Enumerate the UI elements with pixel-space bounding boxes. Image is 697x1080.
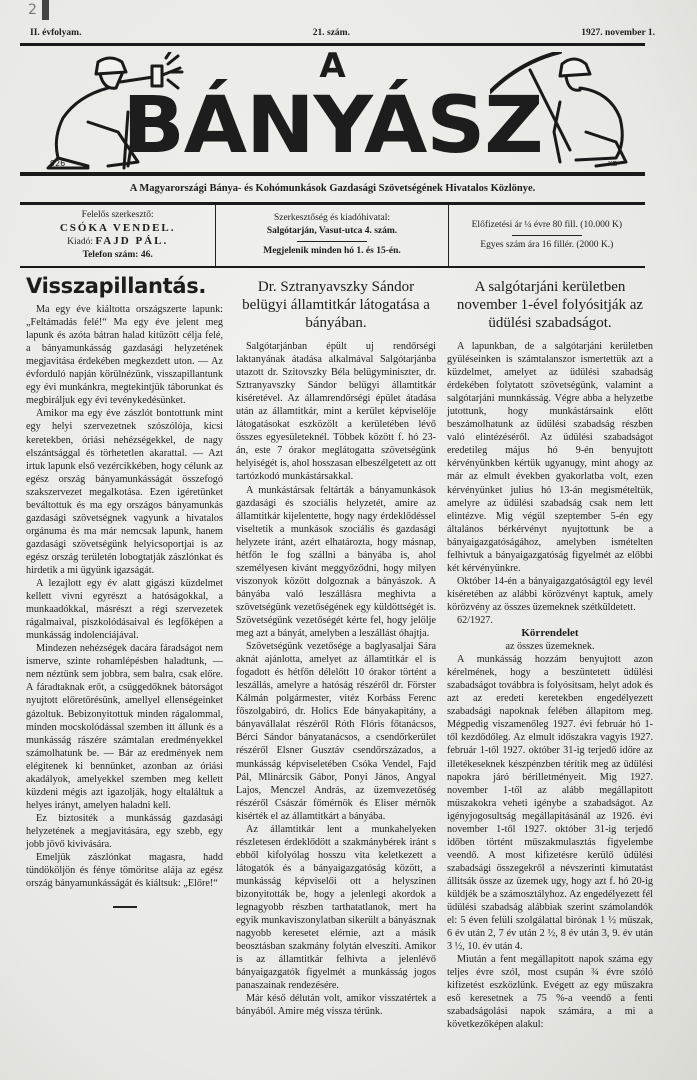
masthead-bottom-rule xyxy=(20,172,645,176)
article-title: Visszapillantás. xyxy=(26,280,223,293)
subscription-price: Előfizetési ár ¼ évre 80 fill. (10.000 K… xyxy=(472,219,622,232)
editor-label: Felelős szerkesztő: xyxy=(82,209,154,222)
publisher-label: Kiadó: xyxy=(67,237,93,247)
article-paragraph: Amikor ma egy éve zászlót bontottunk min… xyxy=(26,407,223,577)
article-paragraph: Szövetségünk vezetősége a baglyasaljai S… xyxy=(236,640,436,823)
publication-schedule: Megjelenik minden hó 1. és 15-én. xyxy=(263,245,400,258)
miner-with-pickaxe-illustration: KB xyxy=(490,52,640,172)
svg-text:KB: KB xyxy=(608,160,618,168)
office-info: Szerkesztőség és kiadóhivatal: Salgótarj… xyxy=(215,204,448,266)
publication-subtitle: A Magyarországi Bánya- és Kohómunkások G… xyxy=(20,183,645,194)
office-label: Szerkesztőség és kiadóhivatal: xyxy=(274,212,390,225)
article-paragraph: Már késő délután volt, amikor visszatért… xyxy=(236,992,436,1018)
publisher-name: FAJD PÁL. xyxy=(95,235,168,247)
corner-page-mark: 2 xyxy=(28,2,37,18)
newspaper-page: 2 II. évfolyam. 21. szám. 1927. november… xyxy=(0,0,697,1080)
editor-name: CSÓKA VENDEL. xyxy=(60,222,176,235)
article-paragraph: A lezajlott egy év alatt gigászi küzdelm… xyxy=(26,577,223,642)
article-retrospective: Visszapillantás. Ma egy éve kiáltotta or… xyxy=(26,278,223,908)
article-state-secretary-visit: Dr. Sztranyavszky Sándor belügyi államti… xyxy=(236,278,436,1018)
publisher-line: Kiadó: FAJD PÁL. xyxy=(67,235,168,249)
article-paragraph: Ma egy éve kiáltotta országszerte lapunk… xyxy=(26,303,223,407)
editor-info: Felelős szerkesztő: CSÓKA VENDEL. Kiadó:… xyxy=(20,204,215,266)
article-paragraph: Ez biztositék a munkásság gazdasági hely… xyxy=(26,812,223,851)
circular-paragraph: A munkásság hozzám benyujtott azon kérel… xyxy=(447,653,653,953)
article-paragraph: Salgótarjánban épült uj rendőrségi lakta… xyxy=(236,340,436,484)
article-end-rule xyxy=(113,906,137,908)
article-paragraph: Mindezen nehézségek dacára fáradságot ne… xyxy=(26,642,223,812)
infobox-bottom-rule xyxy=(20,266,645,268)
circular-paragraph: Miután a fent megállapitott napok száma … xyxy=(447,953,653,1031)
divider xyxy=(512,235,582,236)
article-paragraph: Az államtitkár lent a munkahelyeken rész… xyxy=(236,823,436,993)
article-paragraph: A munkástársak feltárták a bányamunkások… xyxy=(236,484,436,641)
price-info: Előfizetési ár ¼ évre 80 fill. (10.000 K… xyxy=(449,204,645,266)
masthead: 926 A BÁNYÁSZ KB xyxy=(20,44,645,174)
article-paragraph: Október 14-én a bányaigazgatóságtól egy … xyxy=(447,575,653,614)
divider xyxy=(297,241,367,242)
article-paragraph: A lapunkban, de a salgótarjáni kerületbe… xyxy=(447,340,653,575)
publication-info-box: Felelős szerkesztő: CSÓKA VENDEL. Kiadó:… xyxy=(20,204,645,266)
article-title: Dr. Sztranyavszky Sándor belügyi államti… xyxy=(236,278,436,332)
office-address: Salgótarján, Vasut-utca 4. szám. xyxy=(267,225,397,238)
article-title: A salgótarjáni kerületben november 1-éve… xyxy=(447,278,653,332)
issue-date: 1927. november 1. xyxy=(581,28,655,42)
phone-number: Telefon szám: 46. xyxy=(83,249,153,262)
single-issue-price: Egyes szám ára 16 fillér. (2000 K.) xyxy=(480,239,613,252)
circular-subtitle: az összes üzemeknek. xyxy=(447,640,653,653)
issue-number: 21. szám. xyxy=(313,28,350,42)
volume-label: II. évfolyam. xyxy=(30,28,81,42)
scan-artifact xyxy=(42,0,49,20)
reference-number: 62/1927. xyxy=(447,614,653,627)
article-paragraph: Emeljük zászlónkat magasra, hadd tündökö… xyxy=(26,851,223,890)
circular-title: Körrendelet xyxy=(447,627,653,640)
article-holiday-leave: A salgótarjáni kerületben november 1-éve… xyxy=(447,278,653,1031)
issue-line: II. évfolyam. 21. szám. 1927. november 1… xyxy=(30,28,655,42)
